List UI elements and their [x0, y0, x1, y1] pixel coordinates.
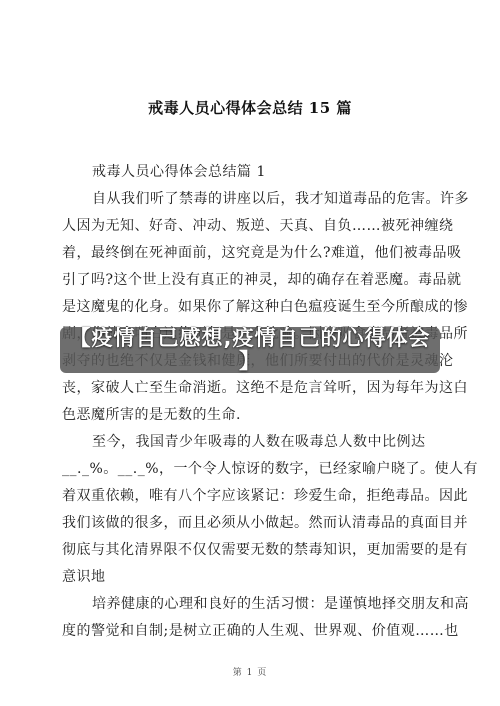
- body-line: 是这魔鬼的化身。如果你了解这种白色瘟疫诞生至今所酿成的惨: [62, 294, 440, 321]
- body-line: 彻底与其化清界限不仅仅需要无数的禁毒知识，更加需要的是有: [62, 537, 440, 564]
- overlay-text-line1: 【疫情自己感想,疫情自己的心得体会: [70, 327, 431, 350]
- body-line: 着双重依赖，唯有八个字应该紧记：珍爱生命，拒绝毒品。因此: [62, 483, 440, 510]
- overlay-text-line2: 】: [239, 350, 261, 373]
- body-line: 引了吗?这个世上没有真正的神灵，却的确存在着恶魔。毒品就: [62, 267, 440, 294]
- body-line: 至今，我国青少年吸毒的人数在吸毒总人数中比例达: [62, 429, 440, 456]
- body-line: 人因为无知、好奇、冲动、叛逆、天真、自负……被死神缠绕: [62, 213, 440, 240]
- ad-overlay-banner[interactable]: 【疫情自己感想,疫情自己的心得体会 】: [60, 327, 440, 373]
- body-line: 自从我们听了禁毒的讲座以后，我才知道毒品的危害。许多: [62, 186, 440, 213]
- body-line: 着，最终倒在死神面前，这究竟是为什么?难道，他们被毒品吸: [62, 240, 440, 267]
- body-line: 色恶魔所害的是无数的生命.: [62, 402, 440, 429]
- section-heading: 戒毒人员心得体会总结篇 1: [62, 159, 440, 186]
- body-line: 培养健康的心理和良好的生活习惯：是谨慎地择交朋友和高: [62, 591, 440, 618]
- body-line: 丧，家破人亡至生命消逝。这绝不是危言耸听，因为每年为这白: [62, 375, 440, 402]
- body-line: 意识地: [62, 564, 440, 591]
- body-line: __._%。__._%，一个令人惊讶的数字，已经家喻户晓了。使人有: [62, 456, 440, 483]
- document-body: 戒毒人员心得体会总结篇 1 自从我们听了禁毒的讲座以后，我才知道毒品的危害。许多…: [62, 159, 440, 645]
- page-number: 第 1 页: [0, 665, 500, 678]
- body-line: 度的警觉和自制;是树立正确的人生观、世界观、价值观……也: [62, 618, 440, 645]
- document-page: 戒毒人员心得体会总结 15 篇 戒毒人员心得体会总结篇 1 自从我们听了禁毒的讲…: [0, 0, 500, 706]
- body-line: 我们该做的很多，而且必须从小做起。然而认清毒品的真面目并: [62, 510, 440, 537]
- page-title: 戒毒人员心得体会总结 15 篇: [0, 97, 500, 118]
